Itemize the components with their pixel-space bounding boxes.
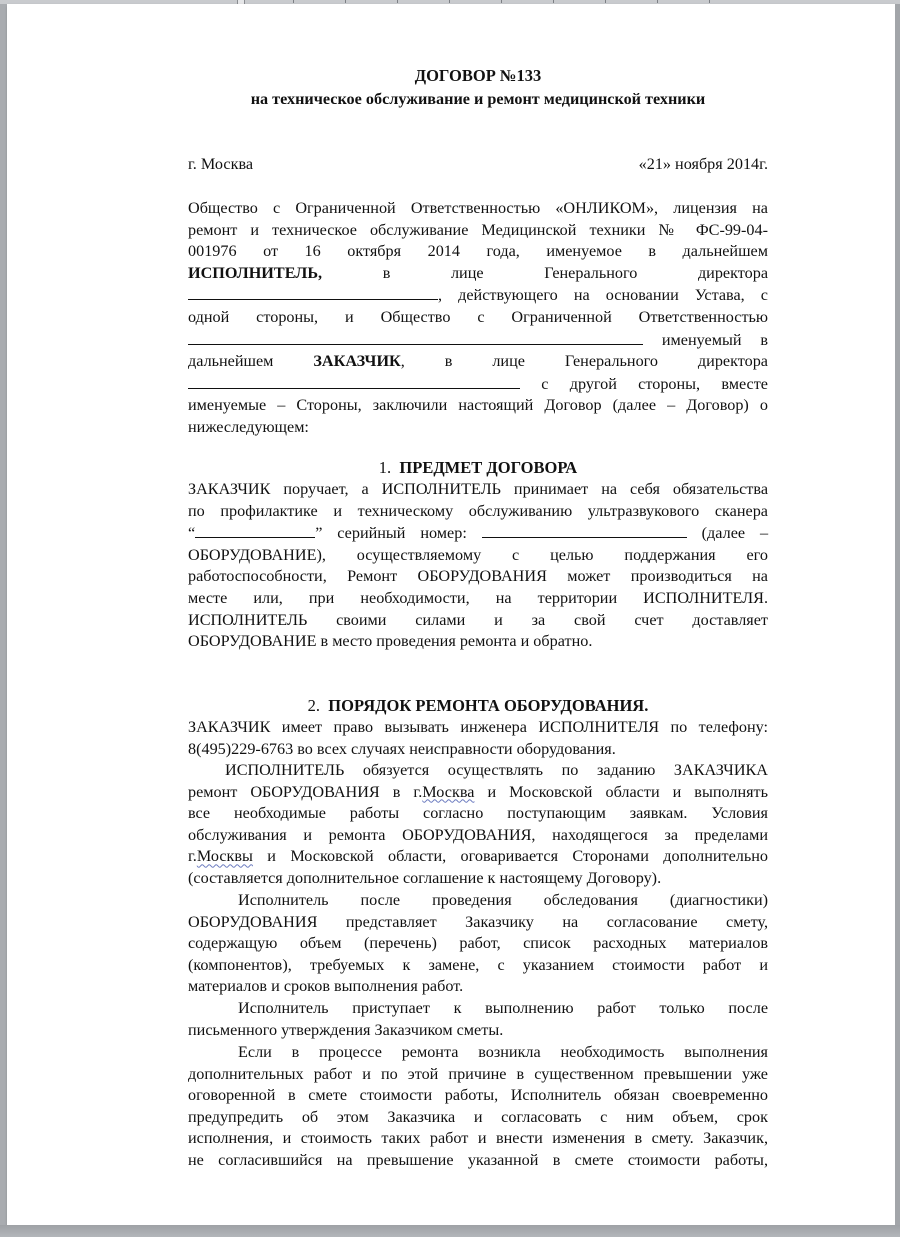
- contract-date: «21» ноября 2014г.: [639, 154, 768, 176]
- text-line: ЗАКАЗЧИК поручает, а ИСПОЛНИТЕЛЬ принима…: [188, 479, 768, 501]
- ruler-tick: [709, 0, 710, 3]
- text-line: все необходимые работы согласно поступаю…: [188, 803, 768, 825]
- scanner-model-blank[interactable]: [195, 522, 315, 538]
- text-fragment: “: [188, 524, 195, 542]
- text-line: по профилактике и техническому обслужива…: [188, 501, 768, 523]
- section-2-heading: 2. ПОРЯДОК РЕМОНТА ОБОРУДОВАНИЯ.: [188, 695, 768, 717]
- spellcheck-mark: Москвы: [197, 847, 253, 865]
- text-fragment: серийный номер:: [337, 524, 467, 542]
- text-line: месте или, при необходимости, на террито…: [188, 588, 768, 610]
- text-line: Если в процессе ремонта возникла необход…: [188, 1042, 768, 1064]
- text-line: с другой стороны, вместе: [188, 373, 768, 396]
- section-title: ПРЕДМЕТ ДОГОВОРА: [399, 458, 577, 477]
- text-line: , действующего на основании Устава, с: [188, 284, 768, 307]
- customer-director-blank[interactable]: [188, 373, 520, 389]
- text-line: Исполнитель приступает к выполнению рабо…: [188, 998, 768, 1020]
- page-gap-background: [0, 1225, 900, 1237]
- text-line: ремонт ОБОРУДОВАНИЯ в г.Москва и Московс…: [188, 782, 768, 804]
- executor-director-blank[interactable]: [188, 284, 438, 300]
- preamble-paragraph: Общество с Ограниченной Ответственностью…: [188, 198, 768, 439]
- text-line: ЗАКАЗЧИК имеет право вызывать инженера И…: [188, 717, 768, 739]
- text-line: ОБОРУДОВАНИЯ представляет Заказчику на с…: [188, 912, 768, 934]
- section-number: 2.: [308, 696, 320, 715]
- text-line: предупредить об этом Заказчика и согласо…: [188, 1107, 768, 1129]
- text-line: Общество с Ограниченной Ответственностью…: [188, 198, 768, 220]
- text-fragment: ремонт ОБОРУДОВАНИЯ в г.: [188, 783, 422, 801]
- ruler-tick: [553, 0, 554, 3]
- text-line: (составляется дополнительное соглашение …: [188, 868, 768, 890]
- spellcheck-mark: Москва: [422, 783, 474, 801]
- text-line: ИСПОЛНИТЕЛЬ обязуется осуществлять по за…: [188, 760, 768, 782]
- text-line: материалов и сроков выполнения работ.: [188, 976, 768, 998]
- city: г. Москва: [188, 154, 253, 176]
- ruler-tick: [501, 0, 502, 3]
- section-1-heading: 1. ПРЕДМЕТ ДОГОВОРА: [188, 457, 768, 479]
- section-2-paragraph-2: ИСПОЛНИТЕЛЬ обязуется осуществлять по за…: [188, 760, 768, 890]
- text-fragment: и Московской области, оговаривается Стор…: [253, 847, 768, 865]
- text-line: письменного утверждения Заказчиком сметы…: [188, 1020, 768, 1042]
- executor-label: ИСПОЛНИТЕЛЬ,: [188, 264, 322, 282]
- text-line: 001976 от 16 октября 2014 года, именуемо…: [188, 241, 768, 263]
- document-page[interactable]: ДОГОВОР №133 на техническое обслуживание…: [7, 4, 895, 1225]
- ruler-tick: [345, 0, 346, 3]
- text-line: оговоренной в смете стоимости работы, Ис…: [188, 1085, 768, 1107]
- text-line: именуемый в: [188, 329, 768, 352]
- text-line: ремонт и техническое обслуживание Медици…: [188, 220, 768, 242]
- text-line: дальнейшем ЗАКАЗЧИК, в лице Генерального…: [188, 351, 768, 373]
- section-number: 1.: [379, 458, 391, 477]
- text-fragment: дальнейшем: [188, 352, 273, 370]
- text-line: Исполнитель после проведения обследовани…: [188, 890, 768, 912]
- ruler-tick: [449, 0, 450, 3]
- text-fragment: г.: [188, 847, 197, 865]
- text-line: “” серийный номер: (далее –: [188, 522, 768, 545]
- section-2-paragraph-4: Исполнитель приступает к выполнению рабо…: [188, 998, 768, 1041]
- text-fragment: в лице Генерального директора: [383, 264, 768, 282]
- ruler-tick: [397, 0, 398, 3]
- contract-subtitle: на техническое обслуживание и ремонт мед…: [188, 88, 768, 110]
- text-fragment: ”: [315, 524, 322, 542]
- text-line: обслуживания и ремонта ОБОРУДОВАНИЯ, нах…: [188, 825, 768, 847]
- place-date-line: г. Москва «21» ноября 2014г.: [188, 154, 768, 176]
- text-line: ИСПОЛНИТЕЛЬ, в лице Генерального директо…: [188, 263, 768, 285]
- text-fragment: , в лице Генерального директора: [401, 352, 768, 370]
- text-line: содержащую объем (перечень) работ, списо…: [188, 933, 768, 955]
- serial-number-blank[interactable]: [482, 522, 687, 538]
- text-line: ИСПОЛНИТЕЛЬ своими силами и за свой счет…: [188, 610, 768, 632]
- section-2-paragraph-5: Если в процессе ремонта возникла необход…: [188, 1042, 768, 1172]
- text-line: ОБОРУДОВАНИЕ в место проведения ремонта …: [188, 631, 768, 653]
- ruler-tick: [293, 0, 294, 3]
- text-line: нижеследующем:: [188, 417, 768, 439]
- ruler-tick: [657, 0, 658, 3]
- text-line: дополнительных работ и по этой причине в…: [188, 1064, 768, 1086]
- text-line: г.Москвы и Московской области, оговарива…: [188, 846, 768, 868]
- section-1-paragraph: ЗАКАЗЧИК поручает, а ИСПОЛНИТЕЛЬ принима…: [188, 479, 768, 653]
- text-line: 8(495)229-6763 во всех случаях неисправн…: [188, 739, 768, 761]
- text-fragment: , действующего на основании Устава, с: [438, 286, 768, 304]
- text-line: работоспособности, Ремонт ОБОРУДОВАНИЯ м…: [188, 566, 768, 588]
- text-line: одной стороны, и Общество с Ограниченной…: [188, 307, 768, 329]
- text-line: исполнения, и стоимость таких работ и вн…: [188, 1128, 768, 1150]
- text-fragment: и Московской области и выполнять: [474, 783, 768, 801]
- ruler-tick: [605, 0, 606, 3]
- text-fragment: с другой стороны, вместе: [541, 375, 768, 393]
- window-right-edge: [895, 4, 900, 1237]
- text-line: (компонентов), требуемых к замене, с ука…: [188, 955, 768, 977]
- text-line: не согласившийся на превышение указанной…: [188, 1150, 768, 1172]
- contract-title: ДОГОВОР №133: [188, 65, 768, 87]
- section-title: ПОРЯДОК РЕМОНТА ОБОРУДОВАНИЯ.: [328, 696, 648, 715]
- customer-name-blank[interactable]: [188, 329, 643, 345]
- text-line: именуемые – Стороны, заключили настоящий…: [188, 395, 768, 417]
- customer-label: ЗАКАЗЧИК: [313, 352, 400, 370]
- section-2-paragraph-1: ЗАКАЗЧИК имеет право вызывать инженера И…: [188, 717, 768, 760]
- text-line: ОБОРУДОВАНИЕ), осуществляемому с целью п…: [188, 545, 768, 567]
- text-fragment: именуемый в: [662, 331, 768, 349]
- text-fragment: (далее –: [702, 524, 768, 542]
- section-2-paragraph-3: Исполнитель после проведения обследовани…: [188, 890, 768, 998]
